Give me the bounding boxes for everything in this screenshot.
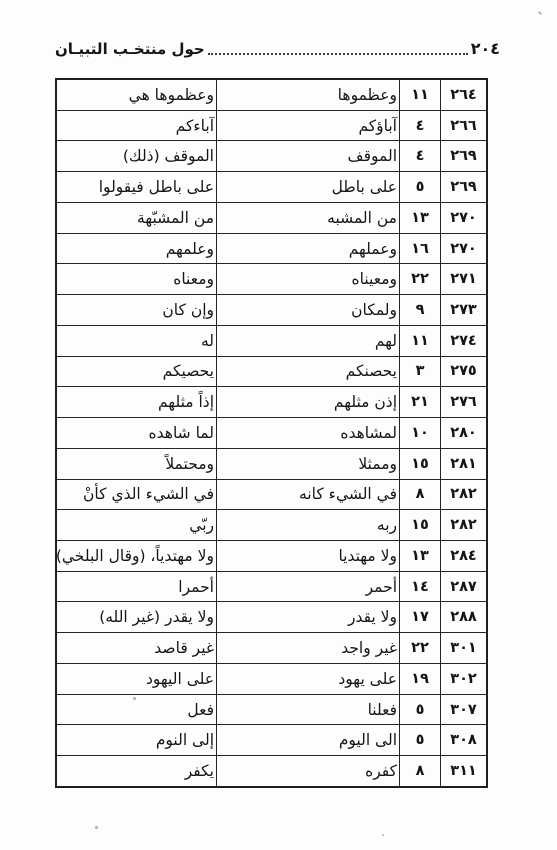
correction-text-cell: وإن كان: [57, 295, 216, 325]
line-number-cell: ١١: [399, 80, 440, 110]
error-text-cell: ولمكان: [216, 295, 399, 325]
page-number-cell: ٢٨٤: [440, 541, 486, 571]
page-number-cell: ٢٧٦: [440, 387, 486, 417]
table-row: ٢٧٣ ٩ ولمكان وإن كان: [57, 294, 486, 325]
scan-speck: [95, 826, 98, 829]
correction-text-cell: ومعناه: [57, 264, 216, 294]
correction-text-cell: إلى النوم: [57, 725, 216, 755]
line-number-cell: ١١: [399, 326, 440, 356]
error-text-cell: ولا يقدر: [216, 602, 399, 632]
correction-text-cell: ربّي: [57, 510, 216, 540]
error-text-cell: وممثلا: [216, 449, 399, 479]
error-text-cell: ومعيناه: [216, 264, 399, 294]
table-row: ٢٨٤ ١٣ ولا مهتديا ولا مهتدياً، (وقال الب…: [57, 540, 486, 571]
line-number-cell: ١٦: [399, 234, 440, 264]
line-number-cell: ١٧: [399, 602, 440, 632]
table-row: ٣٠٢ ١٩ على يهود على اليهود: [57, 663, 486, 694]
line-number-cell: ١٠: [399, 418, 440, 448]
error-text-cell: على باطل: [216, 172, 399, 202]
error-text-cell: لمشاهده: [216, 418, 399, 448]
scan-speck: [382, 834, 384, 836]
page-number-cell: ٢٨٢: [440, 510, 486, 540]
page-header: ٢٠٤ حول منتخـب التبيـان: [55, 41, 500, 57]
correction-text-cell: ولا يقدر (غير الله): [57, 602, 216, 632]
page-number-cell: ٢٧٠: [440, 234, 486, 264]
correction-text-cell: غير قاصد: [57, 633, 216, 663]
line-number-cell: ٩: [399, 295, 440, 325]
table-row: ٢٧٠ ١٣ من المشبه من المشبّهة: [57, 202, 486, 233]
line-number-cell: ١٣: [399, 203, 440, 233]
line-number-cell: ٥: [399, 725, 440, 755]
line-number-cell: ١٣: [399, 541, 440, 571]
error-text-cell: ولا مهتديا: [216, 541, 399, 571]
correction-text-cell: ولا مهتدياً، (وقال البلخي): [57, 541, 216, 571]
table-row: ٢٨٢ ١٥ ربه ربّي: [57, 509, 486, 540]
table-row: ٢٦٤ ١١ وعظموها وعظموها هي: [57, 80, 486, 110]
error-text-cell: يحصنكم: [216, 357, 399, 387]
line-number-cell: ٢٢: [399, 264, 440, 294]
line-number-cell: ١٥: [399, 510, 440, 540]
error-text-cell: أحمر: [216, 572, 399, 602]
correction-text-cell: أحمرا: [57, 572, 216, 602]
table-row: ٢٨٠ ١٠ لمشاهده لما شاهده: [57, 417, 486, 448]
correction-text-cell: ومحتملاً: [57, 449, 216, 479]
page-number-cell: ٢٦٤: [440, 80, 486, 110]
correction-text-cell: وعلمهم: [57, 234, 216, 264]
scanned-book-page: { "header": { "page_number": "٢٠٤", "tit…: [0, 0, 557, 850]
table-row: ٢٨٧ ١٤ أحمر أحمرا: [57, 571, 486, 602]
table-row: ٣١١ ٨ كفره يكفر: [57, 755, 486, 786]
page-number-cell: ٣٠١: [440, 633, 486, 663]
correction-text-cell: فعل: [57, 695, 216, 725]
dotted-leader: [208, 41, 468, 55]
page-number-cell: ٢٧٣: [440, 295, 486, 325]
errata-table: ٢٦٤ ١١ وعظموها وعظموها هي ٢٦٦ ٤ آباؤكم آ…: [55, 78, 488, 788]
table-row: ٣٠٧ ٥ فعلنا فعل: [57, 694, 486, 725]
page-number-cell: ٢٨٨: [440, 602, 486, 632]
page-number-cell: ٢٦٦: [440, 111, 486, 141]
error-text-cell: آباؤكم: [216, 111, 399, 141]
error-text-cell: وعظموها: [216, 80, 399, 110]
page-number-cell: ٢٦٩: [440, 141, 486, 171]
line-number-cell: ٥: [399, 695, 440, 725]
correction-text-cell: إذاً مثلهم: [57, 387, 216, 417]
table-row: ٣٠٨ ٥ الى اليوم إلى النوم: [57, 724, 486, 755]
page-number-cell: ٢٨٠: [440, 418, 486, 448]
page-number-cell: ٢٧٥: [440, 357, 486, 387]
page-number-cell: ٢٨٢: [440, 480, 486, 510]
table-row: ٢٧٠ ١٦ وعملهم وعلمهم: [57, 233, 486, 264]
table-row: ٢٦٩ ٤ الموقف الموقف (ذلك): [57, 140, 486, 171]
correction-text-cell: لما شاهده: [57, 418, 216, 448]
correction-text-cell: على باطل فيقولوا: [57, 172, 216, 202]
line-number-cell: ٨: [399, 480, 440, 510]
line-number-cell: ١٤: [399, 572, 440, 602]
error-text-cell: وعملهم: [216, 234, 399, 264]
table-row: ٢٧٦ ٢١ إذن مثلهم إذاً مثلهم: [57, 386, 486, 417]
error-text-cell: فعلنا: [216, 695, 399, 725]
line-number-cell: ٣: [399, 357, 440, 387]
error-text-cell: ربه: [216, 510, 399, 540]
page-number: ٢٠٤: [471, 41, 500, 57]
table-row: ٢٨٨ ١٧ ولا يقدر ولا يقدر (غير الله): [57, 601, 486, 632]
correction-text-cell: آباءكم: [57, 111, 216, 141]
page-number-cell: ٢٧٠: [440, 203, 486, 233]
error-text-cell: كفره: [216, 756, 399, 786]
table-row: ٢٨١ ١٥ وممثلا ومحتملاً: [57, 448, 486, 479]
table-row: ٢٧١ ٢٢ ومعيناه ومعناه: [57, 263, 486, 294]
table-row: ٢٨٢ ٨ في الشيء كانه في الشيء الذي كأنْ: [57, 479, 486, 510]
correction-text-cell: في الشيء الذي كأنْ: [57, 480, 216, 510]
correction-text-cell: يكفر: [57, 756, 216, 786]
page-number-cell: ٣٠٨: [440, 725, 486, 755]
table-row: ٢٦٩ ٥ على باطل على باطل فيقولوا: [57, 171, 486, 202]
table-row: ٢٧٤ ١١ لهم له: [57, 325, 486, 356]
error-text-cell: من المشبه: [216, 203, 399, 233]
correction-text-cell: على اليهود: [57, 664, 216, 694]
error-text-cell: على يهود: [216, 664, 399, 694]
correction-text-cell: من المشبّهة: [57, 203, 216, 233]
line-number-cell: ٢٢: [399, 633, 440, 663]
scan-speck: [133, 697, 136, 700]
running-title: حول منتخـب التبيـان: [55, 42, 205, 57]
line-number-cell: ١٥: [399, 449, 440, 479]
table-row: ٢٦٦ ٤ آباؤكم آباءكم: [57, 110, 486, 141]
page-number-cell: ٣٠٧: [440, 695, 486, 725]
table-row: ٢٧٥ ٣ يحصنكم يحصيكم: [57, 356, 486, 387]
error-text-cell: الموقف: [216, 141, 399, 171]
line-number-cell: ٤: [399, 111, 440, 141]
line-number-cell: ٤: [399, 141, 440, 171]
error-text-cell: غير واجد: [216, 633, 399, 663]
error-text-cell: الى اليوم: [216, 725, 399, 755]
correction-text-cell: له: [57, 326, 216, 356]
page-number-cell: ٣٠٢: [440, 664, 486, 694]
correction-text-cell: الموقف (ذلك): [57, 141, 216, 171]
line-number-cell: ٢١: [399, 387, 440, 417]
error-text-cell: إذن مثلهم: [216, 387, 399, 417]
error-text-cell: لهم: [216, 326, 399, 356]
line-number-cell: ٥: [399, 172, 440, 202]
table-row: ٣٠١ ٢٢ غير واجد غير قاصد: [57, 632, 486, 663]
line-number-cell: ١٩: [399, 664, 440, 694]
page-number-cell: ٣١١: [440, 756, 486, 786]
page-number-cell: ٢٨١: [440, 449, 486, 479]
line-number-cell: ٨: [399, 756, 440, 786]
page-number-cell: ٢٧١: [440, 264, 486, 294]
page-number-cell: ٢٦٩: [440, 172, 486, 202]
scan-speck: [538, 11, 542, 15]
page-number-cell: ٢٨٧: [440, 572, 486, 602]
correction-text-cell: يحصيكم: [57, 357, 216, 387]
page-number-cell: ٢٧٤: [440, 326, 486, 356]
correction-text-cell: وعظموها هي: [57, 80, 216, 110]
error-text-cell: في الشيء كانه: [216, 480, 399, 510]
